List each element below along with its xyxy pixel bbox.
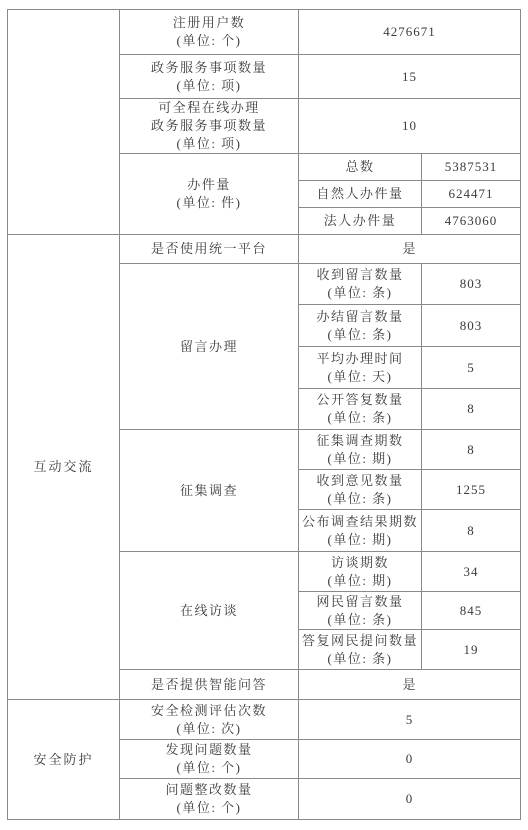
cell-unified-platform-label: 是否使用统一平台 (120, 235, 299, 264)
cell-problems-found-label: 发现问题数量 (单位: 个) (120, 740, 299, 779)
cell-messages-received-label: 收到留言数量 (单位: 条) (299, 264, 422, 305)
cell-security-assessments-value: 5 (299, 700, 521, 740)
cell-interview-periods-value: 34 (422, 552, 521, 592)
cell-problems-rectified-label: 问题整改数量 (单位: 个) (120, 779, 299, 820)
cell-messages-completed-label: 办结留言数量 (单位: 条) (299, 305, 422, 347)
cell-surveys-label: 征集调查 (120, 430, 299, 552)
cell-gov-service-items-label: 政务服务事项数量 (单位: 项) (120, 55, 299, 99)
cell-avg-handle-time-label: 平均办理时间 (单位: 天) (299, 347, 422, 389)
cell-survey-results-label: 公布调查结果期数 (单位: 期) (299, 510, 422, 552)
cell-group-security: 安全防护 (8, 700, 120, 820)
cell-security-assessments-label: 安全检测评估次数 (单位: 次) (120, 700, 299, 740)
cell-messages-completed-value: 803 (422, 305, 521, 347)
cell-case-total-value: 5387531 (422, 154, 521, 181)
cell-interview-periods-label: 访谈期数 (单位: 期) (299, 552, 422, 592)
cell-interviews-label: 在线访谈 (120, 552, 299, 670)
cell-case-legal-person-label: 法人办件量 (299, 208, 422, 235)
report-page: 注册用户数 (单位: 个) 4276671 政务服务事项数量 (单位: 项) 1… (0, 0, 528, 830)
cell-unified-platform-value: 是 (299, 235, 521, 264)
cell-group-top-empty (8, 10, 120, 235)
cell-problems-found-value: 0 (299, 740, 521, 779)
cell-full-online-items-label: 可全程在线办理 政务服务事项数量 (单位: 项) (120, 99, 299, 154)
cell-case-natural-person-value: 624471 (422, 181, 521, 208)
cell-message-handling-label: 留言办理 (120, 264, 299, 430)
annual-report-table: 注册用户数 (单位: 个) 4276671 政务服务事项数量 (单位: 项) 1… (7, 9, 521, 820)
cell-case-natural-person-label: 自然人办件量 (299, 181, 422, 208)
cell-registered-users-label: 注册用户数 (单位: 个) (120, 10, 299, 55)
cell-public-replies-label: 公开答复数量 (单位: 条) (299, 389, 422, 430)
cell-case-volume-label: 办件量 (单位: 件) (120, 154, 299, 235)
cell-registered-users-value: 4276671 (299, 10, 521, 55)
cell-gov-service-items-value: 15 (299, 55, 521, 99)
cell-opinions-received-value: 1255 (422, 470, 521, 510)
cell-survey-results-value: 8 (422, 510, 521, 552)
cell-smart-qa-label: 是否提供智能问答 (120, 670, 299, 700)
cell-full-online-items-value: 10 (299, 99, 521, 154)
cell-avg-handle-time-value: 5 (422, 347, 521, 389)
cell-netizen-messages-label: 网民留言数量 (单位: 条) (299, 592, 422, 630)
cell-case-total-label: 总数 (299, 154, 422, 181)
cell-questions-answered-label: 答复网民提问数量 (单位: 条) (299, 630, 422, 670)
cell-netizen-messages-value: 845 (422, 592, 521, 630)
cell-smart-qa-value: 是 (299, 670, 521, 700)
cell-opinions-received-label: 收到意见数量 (单位: 条) (299, 470, 422, 510)
cell-public-replies-value: 8 (422, 389, 521, 430)
cell-questions-answered-value: 19 (422, 630, 521, 670)
cell-survey-periods-value: 8 (422, 430, 521, 470)
cell-group-interaction: 互动交流 (8, 235, 120, 700)
cell-problems-rectified-value: 0 (299, 779, 521, 820)
cell-survey-periods-label: 征集调查期数 (单位: 期) (299, 430, 422, 470)
cell-messages-received-value: 803 (422, 264, 521, 305)
cell-case-legal-person-value: 4763060 (422, 208, 521, 235)
